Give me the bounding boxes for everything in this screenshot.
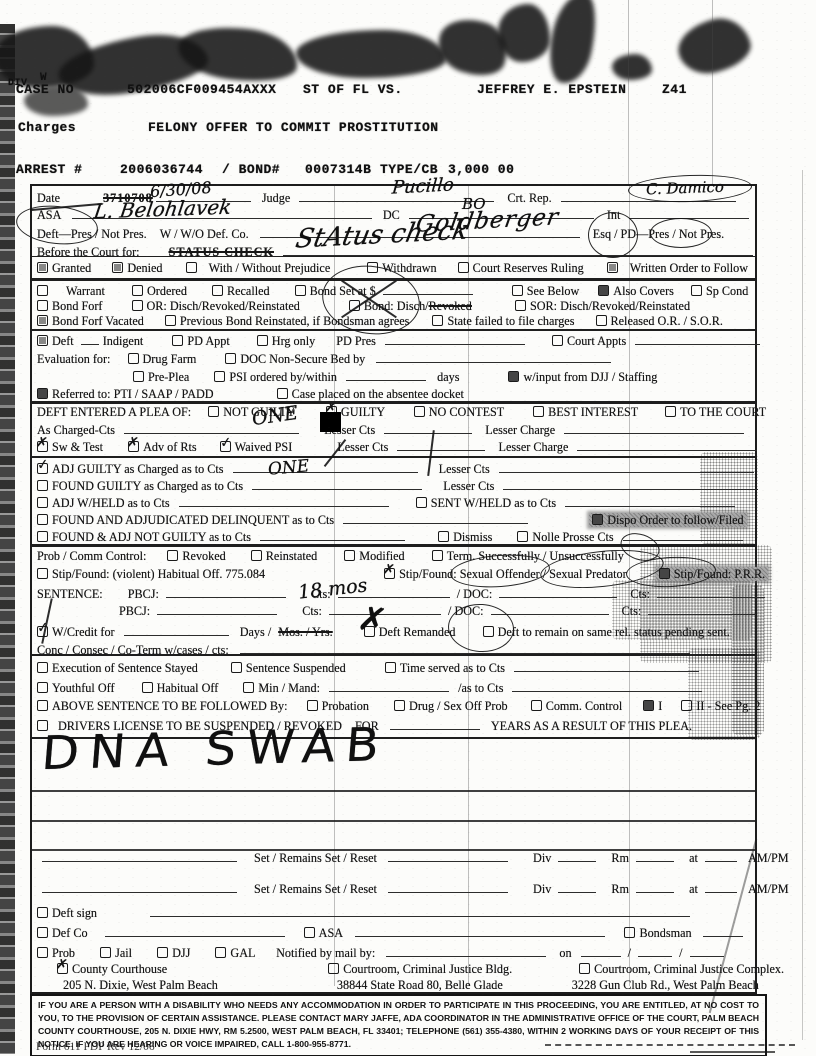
checkbox-pre-plea[interactable] — [133, 371, 144, 382]
modified-label: Modified — [359, 549, 404, 563]
min-mand-field[interactable] — [329, 680, 449, 692]
at-label-1: at — [689, 851, 698, 865]
cts-label2: Cts: — [630, 587, 650, 601]
deft-blank[interactable] — [81, 333, 99, 345]
doc-code: Z41 — [662, 82, 687, 97]
absentee-label: Case placed on the absentee docket — [292, 387, 464, 401]
checkbox-adv-rts[interactable] — [128, 441, 139, 452]
adj-guilty-label: ADJ GUILTY as Charged as to Cts — [52, 462, 224, 476]
pre-plea-label: Pre-Plea — [148, 370, 189, 384]
def-co-label: Def Co — [52, 926, 88, 940]
checkbox-probation[interactable] — [307, 700, 318, 711]
checkbox-state-failed[interactable] — [432, 315, 443, 326]
released-or-label: Released O.R. / S.O.R. — [611, 314, 723, 328]
at-label-2: at — [689, 882, 698, 896]
state-failed-label: State failed to file charges — [447, 314, 574, 328]
jail-notify-label: Jail — [115, 946, 132, 960]
adj-lesser-field2[interactable] — [503, 478, 758, 490]
checkbox-found-adj-not-guilty[interactable] — [37, 531, 48, 542]
div-label-1: Div — [533, 851, 551, 865]
lesser-charge-label: Lesser Charge — [485, 423, 555, 437]
indigent-label: Indigent — [103, 334, 144, 348]
roman-one-label: I — [658, 699, 662, 713]
doc-field2[interactable] — [491, 603, 609, 615]
checkbox-no-contest[interactable] — [414, 406, 425, 417]
bond-number: 0007314B — [305, 162, 371, 177]
wwo-defco-label: W / W/O Def. Co. — [160, 227, 249, 241]
checkbox-waived-psi[interactable] — [220, 441, 231, 452]
checkbox-see-below[interactable] — [512, 285, 523, 296]
scanned-court-disposition-form: DIV W CASE NO 502006CF009454AXXX ST OF F… — [0, 0, 816, 1056]
before-court-label: Before the Court for: — [37, 245, 140, 259]
gal-notify-label: GAL — [230, 946, 255, 960]
checkbox-denied[interactable] — [112, 262, 123, 273]
ordered-label: Ordered — [147, 284, 187, 298]
sentence-suspended-label: Sentence Suspended — [246, 661, 346, 675]
delinquent-field[interactable] — [343, 512, 528, 524]
checkbox-roman-two[interactable] — [681, 700, 692, 711]
recalled-label: Recalled — [227, 284, 270, 298]
djj-notify-label: DJJ — [172, 946, 190, 960]
time-served-field[interactable] — [514, 660, 699, 672]
denied-label: Denied — [127, 261, 162, 275]
div-field-2[interactable] — [558, 881, 596, 893]
checkbox-courtroom-bldg[interactable] — [328, 963, 339, 974]
checkbox-min-mand[interactable] — [243, 682, 254, 693]
checkbox-absentee[interactable] — [277, 388, 288, 399]
checkbox-stip-habitual[interactable] — [37, 568, 48, 579]
checkbox-bond-forf-vacated[interactable] — [37, 315, 48, 326]
lesser-charge-field2[interactable] — [577, 439, 757, 451]
warrant-label: Warrant — [66, 284, 105, 298]
checkbox-hrg-only[interactable] — [257, 335, 268, 346]
courtroom-complex-label: Courtroom, Criminal Justice Complex. — [594, 962, 784, 976]
adv-rts-label: Adv of Rts — [143, 440, 197, 454]
probation-label: Probation — [322, 699, 369, 713]
dismiss-label: Dismiss — [453, 530, 492, 544]
deft-sign-field[interactable] — [150, 905, 690, 917]
dispo-order-label: Dispo Order to follow/Filed — [607, 513, 743, 527]
djj-input-label: w/input from DJJ / Staffing — [523, 370, 657, 384]
set-remains-label-1: Set / Remains Set / Reset — [254, 851, 377, 865]
rm-field-2[interactable] — [636, 881, 674, 893]
court-reserves-label: Court Reserves Ruling — [473, 261, 584, 275]
lesser-cts-field[interactable] — [384, 422, 472, 434]
redaction-box — [320, 412, 341, 432]
checkbox-not-guilty[interactable] — [208, 406, 219, 417]
sent-wheld-label: SENT W/HELD as to Cts — [431, 496, 557, 510]
checkbox-ordered[interactable] — [132, 285, 143, 296]
asa-sign-label: ASA — [319, 926, 343, 940]
checkbox-pd-appt[interactable] — [172, 335, 183, 346]
checkbox-recalled[interactable] — [212, 285, 223, 296]
checkbox-court-appts[interactable] — [552, 335, 563, 346]
case-number: 502006CF009454AXXX — [127, 82, 276, 97]
referred-to-label: Referred to: PTI / SAAP / PADD — [52, 387, 214, 401]
time-field-1[interactable] — [705, 850, 737, 862]
pen-circle-pres — [650, 218, 712, 248]
courtroom-complex-address: 3228 Gun Club Rd., West Palm Beach — [572, 978, 759, 992]
time-field-2[interactable] — [705, 881, 737, 893]
checkbox-nolle[interactable] — [517, 531, 528, 542]
as-to-cts-field[interactable] — [512, 680, 702, 692]
int-field[interactable] — [629, 207, 749, 219]
w-credit-label: W/Credit for — [52, 625, 115, 639]
ink-smudge — [296, 30, 446, 78]
days-unit-label: Days / — [240, 625, 271, 639]
ink-smudge — [543, 0, 603, 87]
form-number-footer: Form 611 FDP Rev 12/06 — [36, 1041, 155, 1053]
adj-lesser-field1[interactable] — [499, 461, 754, 473]
doc-bed-label: DOC Non-Secure Bed by — [240, 352, 365, 366]
sp-cond-label: Sp Cond — [706, 284, 748, 298]
checkbox-or-disch[interactable] — [132, 300, 143, 311]
lesser-charge-field[interactable] — [564, 422, 744, 434]
rm-label-2: Rm — [611, 882, 629, 896]
case-no-label: CASE NO — [16, 82, 74, 97]
mos-yrs-struck: Mos. / Yrs. — [278, 625, 332, 639]
found-guilty-field[interactable] — [252, 478, 422, 490]
checkbox-doc-bed[interactable] — [225, 353, 236, 364]
comm-control-label: Comm. Control — [546, 699, 623, 713]
checkbox-habitual[interactable] — [142, 682, 153, 693]
pd-appt-label: PD Appt — [187, 334, 229, 348]
bond-amount: 3,000 00 — [448, 162, 514, 177]
schedule-blank-2[interactable] — [42, 881, 237, 893]
cts-label4: Cts: — [622, 604, 642, 618]
pen-circle-esq — [588, 212, 638, 258]
lesser-cts-label2: Lesser Cts — [337, 440, 388, 454]
handwritten-notes: DNA SWAB — [40, 717, 392, 780]
checkbox-comm-control[interactable] — [531, 700, 542, 711]
checkbox-dismiss[interactable] — [438, 531, 449, 542]
best-interest-label: BEST INTEREST — [548, 405, 638, 419]
found-guilty-label: FOUND GUILTY as Charged as to Cts — [52, 479, 243, 493]
habitual-label: Habitual Off — [157, 681, 219, 695]
checkbox-bond-set[interactable] — [295, 285, 306, 296]
ink-smudge — [612, 54, 652, 80]
court-appts-field[interactable] — [635, 333, 760, 345]
left-scan-band — [0, 24, 15, 1054]
drug-farm-label: Drug Farm — [143, 352, 197, 366]
checkbox-drug-farm[interactable] — [128, 353, 139, 364]
checkbox-drug-sex-prob[interactable] — [394, 700, 405, 711]
date-label: Date — [37, 191, 60, 205]
charges-value: FELONY OFFER TO COMMIT PROSTITUTION — [148, 120, 439, 135]
checkbox-released-or[interactable] — [596, 315, 607, 326]
delinquent-label: FOUND AND ADJUDICATED DELINQUENT as to C… — [52, 513, 334, 527]
adj-lesser-label2: Lesser Cts — [443, 479, 494, 493]
also-covers-label: Also Covers — [613, 284, 674, 298]
checkbox-bondsman[interactable] — [624, 927, 635, 938]
schedule-blank-1[interactable] — [42, 850, 237, 862]
pbcj-field2[interactable] — [157, 603, 277, 615]
prejudice-label: With / Without Prejudice — [209, 261, 331, 275]
guilty-label: GUILTY — [341, 405, 385, 419]
handwritten-asa: L. Belohlavek — [92, 195, 233, 224]
deft-remain-label: Deft to remain on same rel. status pendi… — [498, 625, 730, 639]
checkbox-dispo-order[interactable] — [592, 514, 603, 525]
checkbox-court-reserves[interactable] — [458, 262, 469, 273]
bondsman-field[interactable] — [703, 925, 743, 937]
checkbox-jail-notify[interactable] — [100, 947, 111, 958]
bond-forf-vacated-label: Bond Forf Vacated — [52, 314, 144, 328]
prob-title: Prob / Comm Control: — [37, 549, 146, 563]
county-courthouse-label: County Courthouse — [72, 962, 167, 976]
on-date-field-1[interactable] — [581, 945, 621, 957]
ampm-label-1: AM/PM — [748, 851, 789, 865]
bondsman-label: Bondsman — [639, 926, 691, 940]
conc-consec-label: Conc / Consec / Co-Term w/cases / cts: — [37, 643, 229, 657]
checkbox-sentence-suspended[interactable] — [231, 662, 242, 673]
checkbox-gal-notify[interactable] — [215, 947, 226, 958]
pbcj-field1[interactable] — [166, 586, 286, 598]
checkbox-deft-sign[interactable] — [37, 907, 48, 918]
min-mand-label: Min / Mand: — [258, 681, 320, 695]
handwritten-adj-counts: ONE — [267, 456, 310, 480]
set-date-field-1[interactable] — [388, 850, 508, 862]
arrest-number: 2006036744 — [120, 162, 203, 177]
checkbox-sent-wheld[interactable] — [416, 497, 427, 508]
lesser-charge-label2: Lesser Charge — [499, 440, 569, 454]
dl-years-field[interactable] — [390, 718, 480, 730]
checkbox-above-sentence[interactable] — [37, 700, 48, 711]
checkbox-modified[interactable] — [344, 550, 355, 561]
doc-field1[interactable] — [499, 586, 617, 598]
div-field-1[interactable] — [558, 850, 596, 862]
arrest-label: ARREST # — [16, 162, 82, 177]
checkbox-reinstated[interactable] — [251, 550, 262, 561]
cts-field4[interactable] — [648, 603, 756, 615]
checkbox-def-co[interactable] — [37, 927, 48, 938]
adj-wheld-field[interactable] — [179, 495, 389, 507]
youthful-label: Youthful Off — [52, 681, 115, 695]
on-label: on — [559, 946, 571, 960]
psi-days-field[interactable] — [346, 369, 426, 381]
charges-label: Charges — [18, 120, 76, 135]
notified-by-mail-label: Notified by mail by: — [276, 946, 375, 960]
date-slash-2: / — [679, 946, 682, 960]
found-adj-not-guilty-field[interactable] — [260, 529, 405, 541]
courtroom-bldg-address: 38844 State Road 80, Belle Glade — [337, 978, 503, 992]
time-served-label: Time served as to Cts — [400, 661, 505, 675]
checkbox-roman-one[interactable] — [643, 700, 654, 711]
sw-test-label: Sw & Test — [52, 440, 103, 454]
deft-label: Deft — [52, 334, 74, 348]
handwritten-judge: Pucillo — [391, 174, 455, 198]
w-credit-field[interactable] — [124, 624, 229, 636]
rm-field-1[interactable] — [636, 850, 674, 862]
defendant-name: JEFFREY E. EPSTEIN — [477, 82, 626, 97]
vs-text: ST OF FL VS. — [303, 82, 403, 97]
ink-smudge — [498, 4, 550, 62]
to-court-label: TO THE COURT — [680, 405, 766, 419]
checkbox-adj-guilty[interactable] — [37, 463, 48, 474]
granted-label: Granted — [52, 261, 91, 275]
checkbox-psi[interactable] — [214, 371, 225, 382]
checkbox-to-court[interactable] — [665, 406, 676, 417]
doc-bed-field[interactable] — [376, 351, 611, 363]
checkbox-also-covers[interactable] — [598, 285, 609, 296]
pbcj-label2: PBCJ: — [119, 604, 150, 618]
nolle-label: Nolle Prosse Cts — [532, 530, 613, 544]
reinstated-label: Reinstated — [266, 549, 317, 563]
ink-smudge — [673, 12, 755, 80]
bond-revoked-struck: Revoked — [429, 299, 472, 313]
evaluation-for-label: Evaluation for: — [37, 352, 110, 366]
or-disch-label: OR: Disch/Revoked/Reinstated — [147, 299, 300, 313]
deft-remanded-label: Deft Remanded — [379, 625, 456, 639]
pbcj-label1: PBCJ: — [128, 587, 159, 601]
lesser-cts-field2[interactable] — [397, 439, 485, 451]
checkbox-youthful[interactable] — [37, 682, 48, 693]
notified-by-field[interactable] — [386, 945, 546, 957]
see-below-label: See Below — [527, 284, 579, 298]
checkbox-prev-bond[interactable] — [165, 315, 176, 326]
no-contest-label: NO CONTEST — [429, 405, 504, 419]
div-label-2: Div — [533, 882, 551, 896]
drug-sex-prob-label: Drug / Sex Off Prob — [409, 699, 508, 713]
checkbox-adj-wheld[interactable] — [37, 497, 48, 508]
checkbox-best-interest[interactable] — [533, 406, 544, 417]
plea-title: DEFT ENTERED A PLEA OF: — [37, 405, 191, 419]
checkbox-djj-notify[interactable] — [157, 947, 168, 958]
before-typed-struck: STATUS CHECK — [169, 245, 274, 259]
checkbox-exec-stayed[interactable] — [37, 662, 48, 673]
doc-label1: / DOC: — [457, 587, 493, 601]
rm-label-1: Rm — [611, 851, 629, 865]
checkbox-time-served[interactable] — [385, 662, 396, 673]
checkbox-referred-to[interactable] — [37, 388, 48, 399]
ampm-label-2: AM/PM — [748, 882, 789, 896]
set-remains-label-2: Set / Remains Set / Reset — [254, 882, 377, 896]
checkbox-found-guilty[interactable] — [37, 480, 48, 491]
sor-disch-label: SOR: Disch/Revoked/Reinstated — [530, 299, 690, 313]
on-date-field-2[interactable] — [638, 945, 672, 957]
days-label: days — [437, 370, 459, 384]
sentence-label: SENTENCE: — [37, 587, 103, 601]
adj-lesser-label1: Lesser Cts — [439, 462, 490, 476]
bond-label: / BOND# — [222, 162, 280, 177]
ink-smudge — [175, 21, 300, 87]
checkbox-sp-cond[interactable] — [691, 285, 702, 296]
on-date-field-3[interactable] — [690, 945, 724, 957]
checkbox-prob-notify[interactable] — [37, 947, 48, 958]
dl-tail-label: YEARS AS A RESULT OF THIS PLEA. — [491, 719, 692, 733]
sent-wheld-field[interactable] — [565, 495, 735, 507]
revoked-label: Revoked — [182, 549, 225, 563]
roman-two-label: II - See Pg. 2 — [696, 699, 760, 713]
hrg-only-label: Hrg only — [272, 334, 315, 348]
exec-stayed-label: Execution of Sentence Stayed — [52, 661, 198, 675]
court-reporter-label: Crt. Rep. — [507, 191, 551, 205]
checkbox-asa-sign[interactable] — [304, 927, 315, 938]
checkbox-djj-input[interactable] — [508, 371, 519, 382]
date-slash-1: / — [628, 946, 631, 960]
deft-sign-label: Deft sign — [52, 906, 97, 920]
checkbox-granted[interactable] — [37, 262, 48, 273]
checkbox-revoked[interactable] — [167, 550, 178, 561]
asa-sign-field[interactable] — [355, 925, 605, 937]
checkbox-courtroom-complex[interactable] — [579, 963, 590, 974]
above-sentence-label: ABOVE SENTENCE TO BE FOLLOWED By: — [52, 699, 288, 713]
courtroom-bldg-label: Courtroom, Criminal Justice Bldg. — [343, 962, 512, 976]
waived-psi-label: Waived PSI — [235, 440, 293, 454]
pd-pres-label: PD Pres — [336, 334, 376, 348]
pd-pres-field[interactable] — [385, 333, 525, 345]
checkbox-sw-test[interactable] — [37, 441, 48, 452]
def-co-sign-field[interactable] — [105, 925, 285, 937]
written-order-label: Written Order to Follow — [630, 261, 748, 275]
checkbox-deft-indigent[interactable] — [37, 335, 48, 346]
as-to-cts-label: /as to Cts — [458, 681, 503, 695]
checkbox-county-courthouse[interactable] — [57, 963, 68, 974]
found-adj-not-guilty-label: FOUND & ADJ NOT GUILTY as to Cts — [52, 530, 251, 544]
checkbox-term[interactable] — [432, 550, 443, 561]
psi-label: PSI ordered by/within — [229, 370, 337, 384]
checkbox-warrant[interactable] — [37, 285, 48, 296]
cts-field2[interactable] — [657, 586, 765, 598]
checkbox-delinquent[interactable] — [37, 514, 48, 525]
cts-label3: Cts: — [302, 604, 322, 618]
judge-label: Judge — [262, 191, 290, 205]
checkbox-bond-forf[interactable] — [37, 300, 48, 311]
stip-habitual-label: Stip/Found: (violent) Habitual Off. 775.… — [52, 567, 265, 581]
court-appts-label: Court Appts — [567, 334, 626, 348]
set-date-field-2[interactable] — [388, 881, 508, 893]
checkbox-sor-disch[interactable] — [515, 300, 526, 311]
checkbox-written-order[interactable] — [607, 262, 618, 273]
county-courthouse-address: 205 N. Dixie, West Palm Beach — [63, 978, 218, 992]
bond-forf-label: Bond Forf — [52, 299, 102, 313]
adj-wheld-label: ADJ W/HELD as to Cts — [52, 496, 170, 510]
checkbox-stip-sexual[interactable] — [384, 568, 395, 579]
checkbox-prejudice[interactable] — [186, 262, 197, 273]
